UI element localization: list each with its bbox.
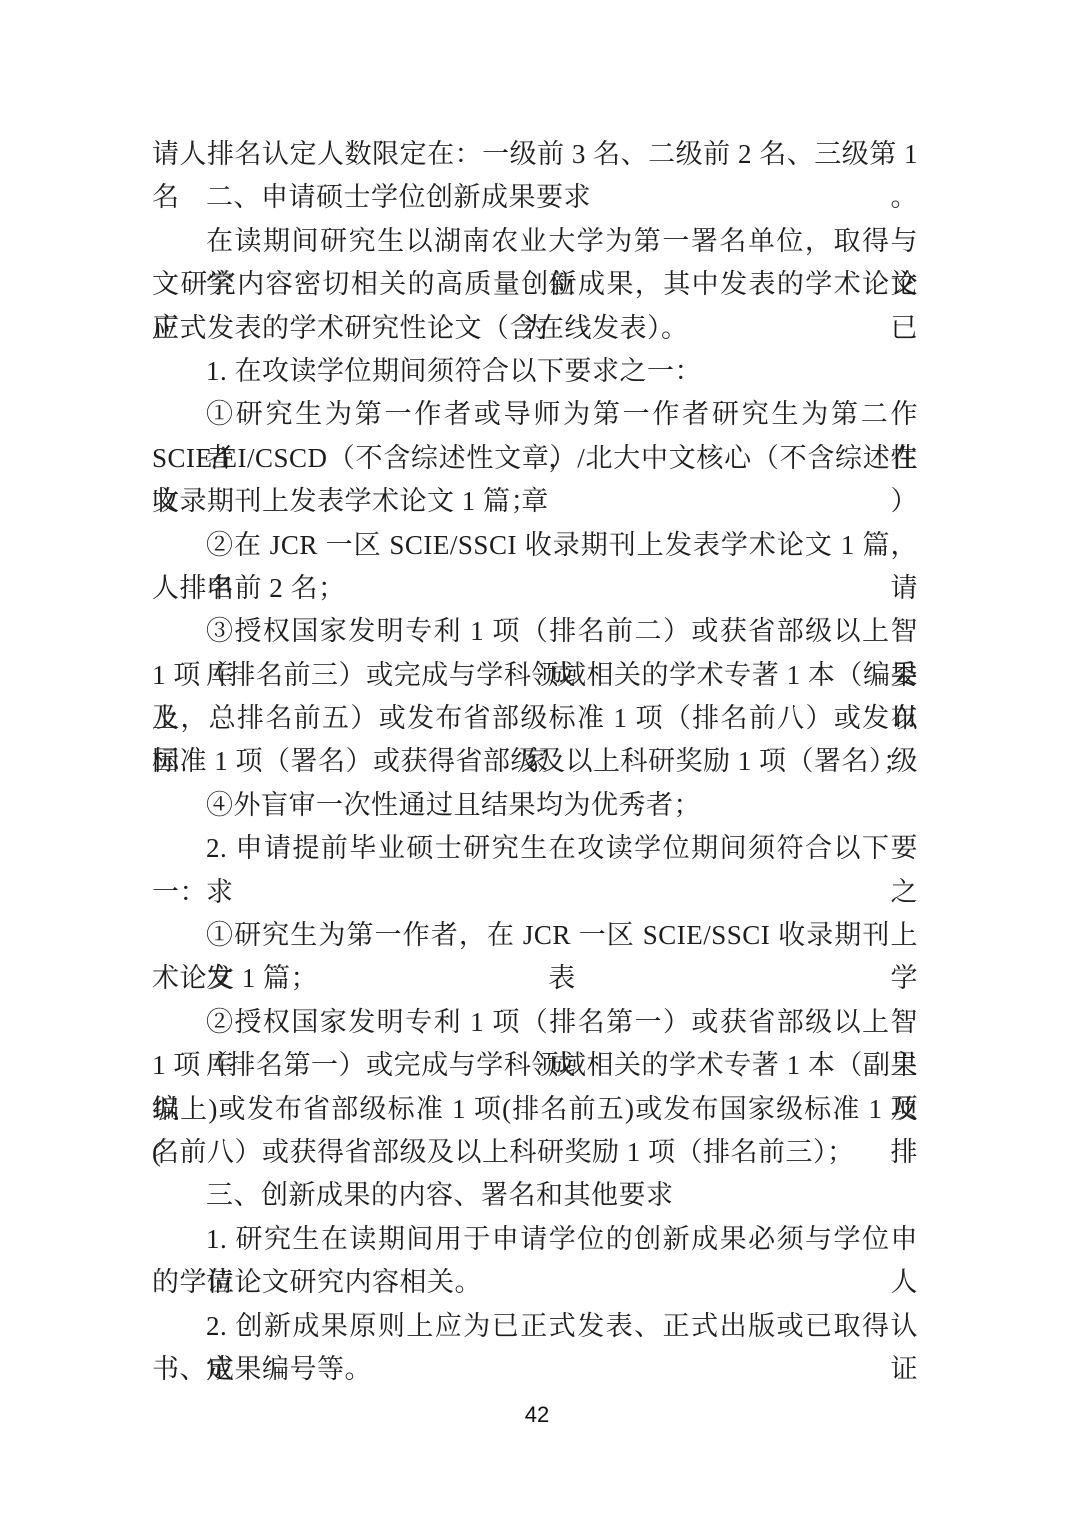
text-line: 在读期间研究生以湖南农业大学为第一署名单位，取得与学位论 [152,220,918,263]
text-line: ②在 JCR 一区 SCIE/SSCI 收录期刊上发表学术论文 1 篇，申请 [152,524,918,567]
page-number: 42 [0,1401,1074,1429]
text-line: ①研究生为第一作者，在 JCR 一区 SCIE/SSCI 收录期刊上发表学 [152,914,918,957]
document-page: 请人排名认定人数限定在：一级前 3 名、二级前 2 名、三级第 1 名。 二、申… [0,0,1074,1520]
text-line: 1 项（排名前三）或完成与学科领域相关的学术专著 1 本（编委及以 [152,654,918,697]
text-line: 上，总排名前五）或发布省部级标准 1 项（排名前八）或发布国家级 [152,697,918,740]
document-body: 请人排名认定人数限定在：一级前 3 名、二级前 2 名、三级第 1 名。 二、申… [152,133,918,1391]
text-line: 2. 申请提前毕业硕士研究生在攻读学位期间须符合以下要求之 [152,827,918,870]
text-line: ③授权国家发明专利 1 项（排名前二）或获省部级以上智库成果 [152,610,918,653]
text-line: ②授权国家发明专利 1 项（排名第一）或获省部级以上智库成果 [152,1001,918,1044]
text-line: 1. 在攻读学位期间须符合以下要求之一： [152,350,918,393]
text-line: SCIE/EI/CSCD（不含综述性文章）/北大中文核心（不含综述性文章） [152,437,918,480]
section-heading: 三、创新成果的内容、署名和其他要求 [152,1174,918,1217]
text-line: ④外盲审一次性通过且结果均为优秀者； [152,784,918,827]
text-line: ①研究生为第一作者或导师为第一作者研究生为第二作者，在 [152,393,918,436]
text-line: 请人排名认定人数限定在：一级前 3 名、二级前 2 名、三级第 1 名。 [152,133,918,176]
text-line: 名前八）或获得省部级及以上科研奖励 1 项（排名前三）； [152,1131,918,1174]
text-line: 标准 1 项（署名）或获得省部级及以上科研奖励 1 项（署名）； [152,740,918,783]
text-line: 1. 研究生在读期间用于申请学位的创新成果必须与学位申请人 [152,1218,918,1261]
text-line: 文研究内容密切相关的高质量创新成果，其中发表的学术论文应为已 [152,263,918,306]
text-line: 2. 创新成果原则上应为已正式发表、正式出版或已取得认定证 [152,1305,918,1348]
text-line: 1 项（排名第一）或完成与学科领域相关的学术专著 1 本（副主编及 [152,1044,918,1087]
text-line: 以上)或发布省部级标准 1 项(排名前五)或发布国家级标准 1 项(排 [152,1088,918,1131]
